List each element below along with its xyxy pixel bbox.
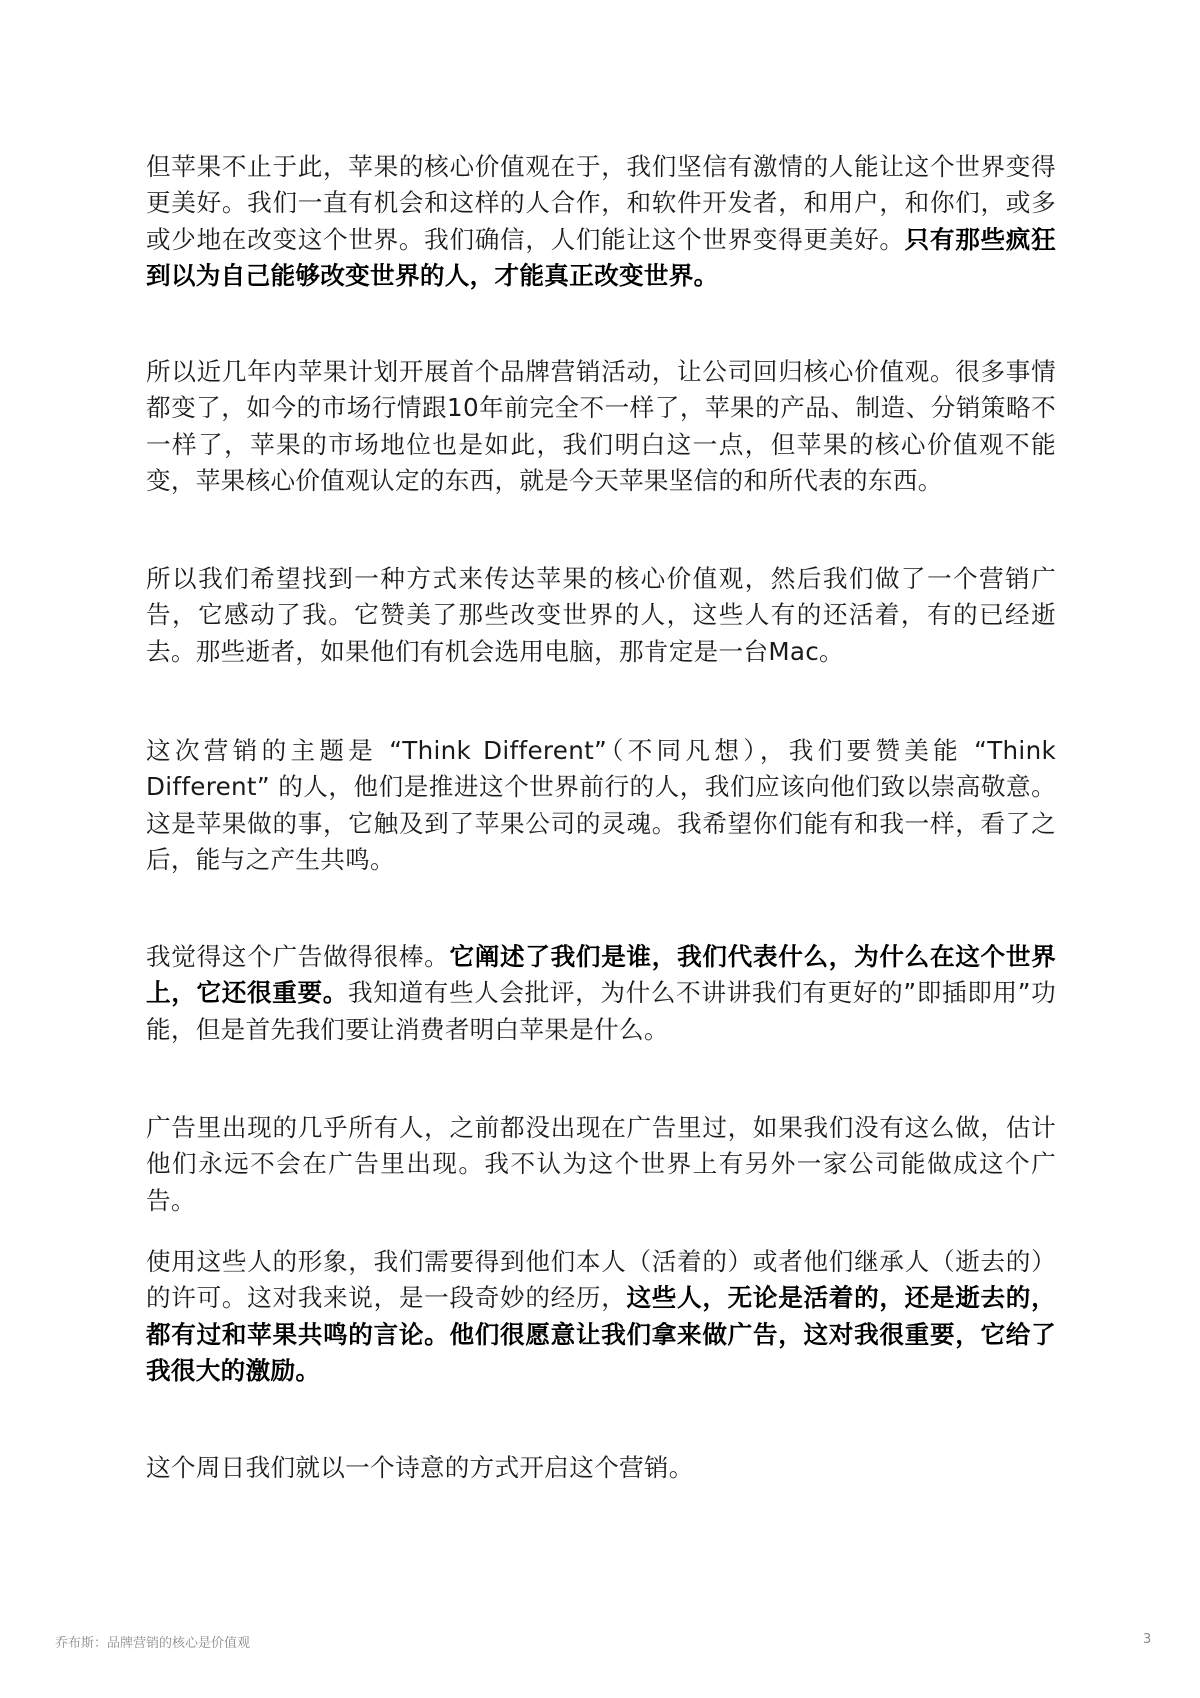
paragraph-3: 所以我们希望找到一种方式来传达苹果的核心价值观，然后我们做了一个营销广告，它感动… [146, 561, 1056, 670]
paragraph-text: 这次营销的主题是 “Think Different”（不同凡想），我们要赞美能 … [146, 736, 1056, 874]
paragraph-6: 广告里出现的几乎所有人，之前都没出现在广告里过，如果我们没有这么做，估计他们永远… [146, 1110, 1056, 1219]
paragraph-8: 这个周日我们就以一个诗意的方式开启这个营销。 [146, 1450, 1056, 1486]
paragraph-4: 这次营销的主题是 “Think Different”（不同凡想），我们要赞美能 … [146, 733, 1056, 878]
paragraph-text: 这个周日我们就以一个诗意的方式开启这个营销。 [146, 1453, 694, 1482]
document-page: 但苹果不止于此，苹果的核心价值观在于，我们坚信有激情的人能让这个世界变得更美好。… [0, 0, 1200, 1698]
footer-title: 乔布斯：品牌营销的核心是价值观 [55, 1632, 250, 1651]
page-number: 3 [1143, 1632, 1151, 1647]
paragraph-1: 但苹果不止于此，苹果的核心价值观在于，我们坚信有激情的人能让这个世界变得更美好。… [146, 149, 1056, 294]
paragraph-text: 所以近几年内苹果计划开展首个品牌营销活动，让公司回归核心价值观。很多事情都变了，… [146, 357, 1056, 495]
paragraph-7: 使用这些人的形象，我们需要得到他们本人（活着的）或者他们继承人（逝去的）的许可。… [146, 1244, 1056, 1389]
paragraph-text: 我觉得这个广告做得很棒。 [146, 942, 449, 971]
paragraph-2: 所以近几年内苹果计划开展首个品牌营销活动，让公司回归核心价值观。很多事情都变了，… [146, 354, 1056, 499]
paragraph-text: 广告里出现的几乎所有人，之前都没出现在广告里过，如果我们没有这么做，估计他们永远… [146, 1113, 1056, 1215]
paragraph-5: 我觉得这个广告做得很棒。它阐述了我们是谁，我们代表什么，为什么在这个世界上，它还… [146, 939, 1056, 1048]
paragraph-text: 所以我们希望找到一种方式来传达苹果的核心价值观，然后我们做了一个营销广告，它感动… [146, 564, 1056, 666]
